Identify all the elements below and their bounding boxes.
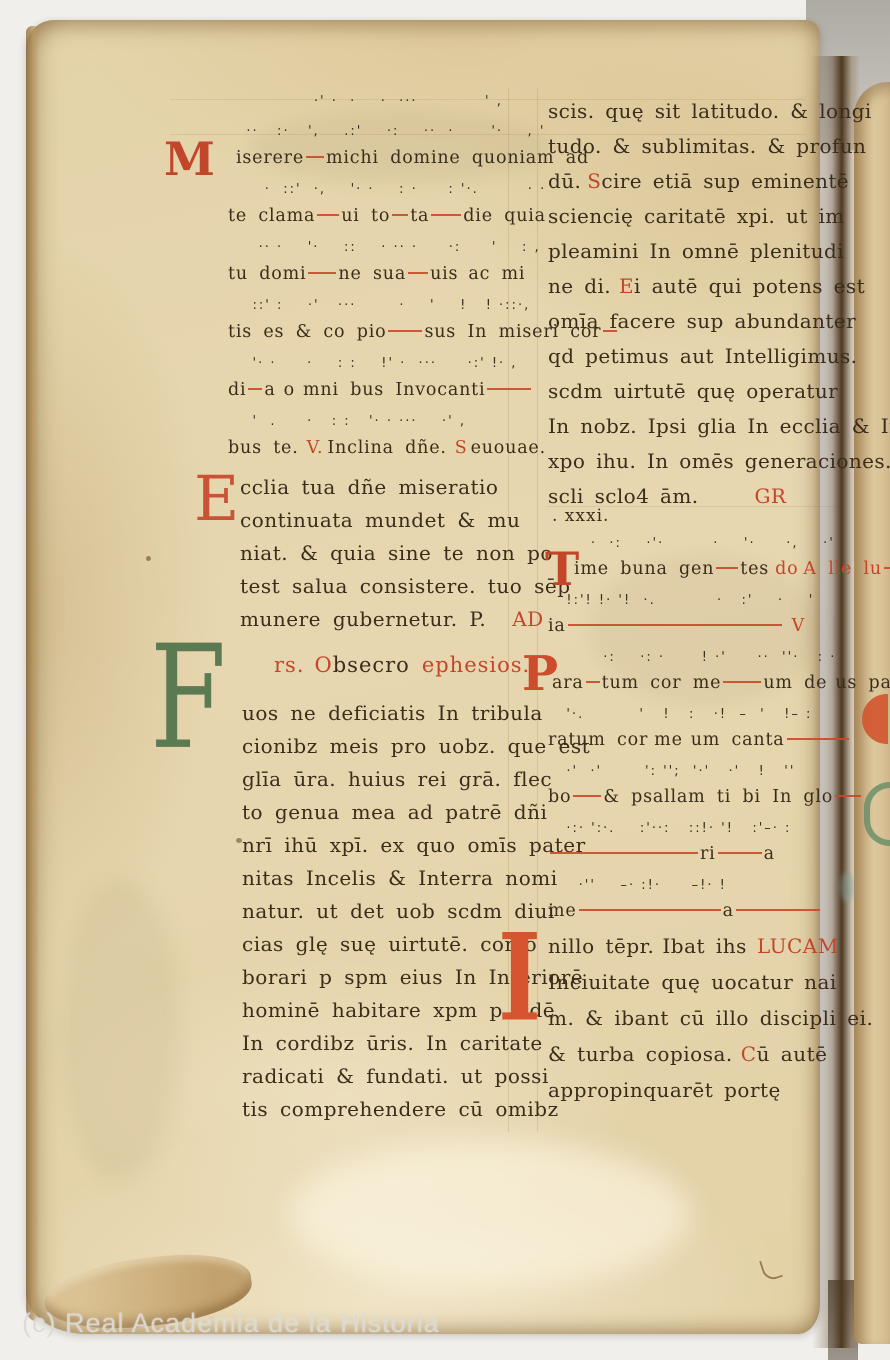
rubric-text: O [315, 653, 333, 677]
body-text: cclia tua dñe miseratio [240, 475, 498, 499]
rubric-text: C [741, 1042, 757, 1066]
red-extender-line [308, 272, 336, 275]
text-line: qd petimus aut Intelligimus. [548, 341, 878, 376]
body-text: scis. quę sit latitudo. & longi [548, 99, 872, 123]
red-extender-line [306, 156, 324, 159]
text-row: ne di.Ei autē qui potens est [548, 271, 878, 302]
page-left-edge [26, 26, 39, 1322]
initial-f-fratres: F [150, 626, 226, 769]
red-extender-line [248, 388, 262, 391]
red-extender-line [392, 214, 408, 217]
red-extender-line [431, 214, 461, 217]
body-text: euouae. [471, 438, 546, 458]
body-text: iserere [236, 148, 304, 168]
text-row: cclia tua dñe miseratio [240, 472, 552, 502]
text-line: tis comprehendere cū omibz [242, 1094, 554, 1127]
body-text: die quia [463, 206, 546, 226]
text-row: scdm uirtutē quę operatur [548, 376, 878, 407]
body-text: glīa ūra. huius rei grā. flec [242, 767, 552, 791]
body-text: uos ne deficiatis In tribula [242, 701, 543, 725]
red-extender-line [718, 852, 762, 855]
text-line: sciencię caritatē xpi. ut im [548, 201, 878, 236]
text-line: & turba copiosa.Cū autē [548, 1038, 878, 1074]
text-row: diaomni bus Invocanti [228, 378, 548, 404]
text-row: munere gubernetur. P.AD [240, 604, 552, 634]
red-extender-line [317, 214, 339, 217]
body-text: In nobz. Ipsi glia In ecclia & In [548, 414, 890, 438]
body-text: nillo tēpr. [548, 934, 654, 958]
text-line: cclia tua dñe miseratio [240, 472, 552, 505]
chant-line: ·· · '· :: · ·· · ·: ' : ,tu domine suau… [228, 232, 548, 290]
red-extender-line [736, 909, 820, 912]
body-text: bus te. [228, 438, 299, 458]
rubric-text: AD [512, 607, 543, 631]
rubric-text: rs. [274, 653, 305, 677]
rubric-text: GR [754, 484, 786, 508]
left-column-collect-prayer: cclia tua dñe miseratiocontinuata mundet… [240, 472, 552, 637]
red-extender-line [408, 272, 428, 275]
text-row: xpo ihu. In omēs generaciones. [548, 446, 878, 477]
text-row: bo& psallam ti bi In glo [548, 786, 882, 811]
neumes-row: ' . · : : '· · ··· ·' , [228, 406, 548, 436]
body-text: bsecro [333, 653, 410, 677]
text-row: radicati & fundati. ut possi [242, 1061, 554, 1091]
red-extender-line [586, 681, 600, 684]
body-text: um de [763, 673, 827, 693]
neumes-row: ·· :· ', .:' ·: ·· · '· , ' [228, 116, 548, 146]
text-line: test salua consistere. tuo sēp [240, 571, 552, 604]
body-text: pleamini In omnē plenitudi [548, 239, 844, 263]
body-text: tum cor me [602, 673, 722, 693]
chant-line: ::' : ·' ··· · ' ! ! ·::·,tis es & co pi… [228, 290, 548, 348]
neumes-row: ·' ·' ': ''; '·' ·' ! '' [548, 756, 882, 786]
right-column-gospel-text: nillo tēpr.Ibat ihsLUCAMInciuitate quę u… [548, 930, 878, 1110]
body-text: m. & ibant cū illo discipli ei. [548, 1006, 873, 1030]
text-line: nrī ihū xpī. ex quo omīs pater [242, 830, 554, 863]
text-row: test salua consistere. tuo sēp [240, 571, 552, 601]
body-text: ui to [341, 206, 390, 226]
red-extender-line [835, 795, 861, 798]
rubric-text: V. [307, 438, 324, 458]
initial-t-timebunt: T [545, 546, 579, 592]
body-text: o [284, 380, 295, 400]
body-text: sciencię caritatē xpi. ut im [548, 204, 845, 228]
body-text: tu domi [228, 264, 306, 284]
parchment-light-marbling [290, 1140, 690, 1290]
text-row: tis comprehendere cū omibz [242, 1094, 554, 1124]
body-text: cire etiā sup eminentē [601, 169, 849, 193]
body-text: di [228, 380, 246, 400]
text-row: tis es & co piosus In miseri cor [228, 320, 548, 346]
body-text: ta [410, 206, 429, 226]
body-text: Inciuitate quę uocatur nai [548, 970, 837, 994]
text-row: scis. quę sit latitudo. & longi [548, 96, 878, 127]
right-column-epistle-text: scis. quę sit latitudo. & longitudo. & s… [548, 96, 878, 516]
ink-spot [146, 556, 151, 561]
rubric-text: LUCAM [757, 934, 839, 958]
text-line: munere gubernetur. P.AD [240, 604, 552, 637]
body-text: & turba copiosa. [548, 1042, 733, 1066]
text-row: uos ne deficiatis In tribula [242, 698, 554, 728]
text-line: omīa facere sup abundanter [548, 306, 878, 341]
text-row: iaV [548, 615, 882, 640]
body-text: bo [548, 787, 571, 807]
body-text: i autē qui potens est [634, 274, 865, 298]
text-line: glīa ūra. huius rei grā. flec [242, 764, 554, 797]
text-row: sciencię caritatē xpi. ut im [548, 201, 878, 232]
watermark-credit: (c) Real Academia de la Historia [22, 1308, 440, 1339]
initial-p-paratum: P [522, 650, 558, 698]
body-text: cionibz meis pro uobz. que est [242, 734, 590, 758]
chant-line: ·: ·: · ! ·' ·· ''· : ·aratum cor meum d… [548, 642, 882, 699]
text-line: cionibz meis pro uobz. que est [242, 731, 554, 764]
body-text: ime buna gen [574, 559, 714, 579]
neumes-row: ·' · · · ··· ' , [228, 86, 548, 116]
neumes-row: ·:· ':·. :'··: ::!· '! :'–· : [548, 813, 882, 843]
chant-line: ·'' –· :!· –!· !mea [548, 870, 882, 927]
text-row: to genua mea ad patrē dñi [242, 797, 554, 827]
body-text: ac mi [468, 264, 525, 284]
red-extender-line [550, 852, 698, 855]
text-row: dū.Scire etiā sup eminentē [548, 166, 878, 197]
text-row: rs.Obsecroephesios. [240, 648, 552, 682]
body-text: tis comprehendere cū omibz [242, 1097, 559, 1121]
rubric-text: E [619, 274, 634, 298]
body-text: cias glę suę uirtutē. corro [242, 932, 537, 956]
body-text: to genua mea ad patrē dñi [242, 800, 547, 824]
body-text: us pa [835, 673, 890, 693]
text-line: uos ne deficiatis In tribula [242, 698, 554, 731]
text-line: In nobz. Ipsi glia In ecclia & In [548, 411, 878, 446]
neumes-row: '·. ' ! : ·! – ' !– : [548, 699, 882, 729]
text-row: aratum cor meum deus pa [548, 672, 882, 697]
body-text: test salua consistere. tuo sēp [240, 574, 571, 598]
red-extender-line [388, 330, 422, 333]
body-text: a [723, 901, 734, 921]
text-row: continuata mundet & mu [240, 505, 552, 535]
text-line: continuata mundet & mu [240, 505, 552, 538]
text-line: nillo tēpr.Ibat ihsLUCAM [548, 930, 878, 966]
text-row: cionibz meis pro uobz. que est [242, 731, 554, 761]
body-text: munere gubernetur. P. [240, 607, 486, 631]
body-text: mni bus Invocanti [303, 380, 485, 400]
text-line: scis. quę sit latitudo. & longi [548, 96, 878, 131]
body-text: xpo ihu. In omēs generaciones. [548, 449, 890, 473]
chant-line: '·. ' ! : ·! – ' !– :ratum cormeum canta [548, 699, 882, 756]
chant-line: ·:· ':·. :'··: ::!· '! :'–· :ria [548, 813, 882, 870]
chant-line: · ::' ·, '· · : · : '·. · ·te clamaui to… [228, 174, 548, 232]
text-row: isereremichi domine quoniam ad [228, 146, 548, 172]
body-text: scdm uirtutē quę operatur [548, 379, 838, 403]
body-text: & psallam ti bi In glo [603, 787, 833, 807]
text-line: pleamini In omnē plenitudi [548, 236, 878, 271]
chant-line: ·' ·' ': ''; '·' ·' ! ''bo& psallam ti b… [548, 756, 882, 813]
manuscript-photo: { "watermark": "(c) Real Academia de la … [0, 0, 890, 1360]
body-text: ia [548, 616, 566, 636]
body-text: me [548, 901, 577, 921]
chant-line: ·' · · · ··· ' , [228, 86, 548, 116]
body-text: te clama [228, 206, 315, 226]
text-line: scdm uirtutē quę operatur [548, 376, 878, 411]
body-text: niat. & quia sine te non po [240, 541, 553, 565]
neumes-row: !:'! !· '! ·. · :' · ' [548, 585, 882, 615]
body-text: uis [430, 264, 458, 284]
red-extender-line [573, 795, 601, 798]
body-text: me [654, 730, 683, 750]
text-line: to genua mea ad patrē dñi [242, 797, 554, 830]
text-row: m. & ibant cū illo discipli ei. [548, 1002, 878, 1034]
text-row: omīa facere sup abundanter [548, 306, 878, 337]
right-column-gradual-chant: · ·: ·'· · '· ·, ·'ime buna gentesdoA ll… [548, 528, 882, 927]
neumes-row: ·: ·: · ! ·' ·· ''· : · [548, 642, 882, 672]
rubric-text: A lle lu [803, 559, 882, 579]
epistle-heading: rs.Obsecroephesios. [240, 648, 552, 694]
body-text: a [764, 844, 775, 864]
red-extender-line [579, 909, 721, 912]
chant-line: '· · · : : !' · ··· ·:' !· ,diaomni bus … [228, 348, 548, 406]
initial-m-miserere: M [164, 136, 215, 182]
text-row: nitas Incelis & Interra nomi [242, 863, 554, 893]
body-text: dū. [548, 169, 581, 193]
body-text: um canta [691, 730, 785, 750]
neumes-row: · ·: ·'· · '· ·, ·' [548, 528, 882, 558]
text-row: niat. & quia sine te non po [240, 538, 552, 568]
text-row: Inciuitate quę uocatur nai [548, 966, 878, 998]
chant-line: · ·: ·'· · '· ·, ·'ime buna gentesdoA ll… [548, 528, 882, 585]
neumes-row: '· · · : : !' · ··· ·:' !· , [228, 348, 548, 378]
text-row: ratum cormeum canta [548, 729, 882, 754]
body-text: ne sua [338, 264, 406, 284]
body-text: omīa facere sup abundanter [548, 309, 856, 333]
text-row: tudo. & sublimitas. & profun [548, 131, 878, 162]
body-text: tudo. & sublimitas. & profun [548, 134, 866, 158]
left-column-chant-miserere: ·' · · · ··· ' , ·· :· ', .:' ·: ·· · '·… [228, 86, 548, 464]
initial-i-in-illo: I [498, 918, 541, 1038]
body-text: nitas Incelis & Interra nomi [242, 866, 558, 890]
text-line: appropinquarēt portę [548, 1074, 878, 1110]
body-text: nrī ihū xpī. ex quo omīs pater [242, 833, 586, 857]
text-row: glīa ūra. huius rei grā. flec [242, 764, 554, 794]
text-line: radicati & fundati. ut possi [242, 1061, 554, 1094]
body-text: Inclina dñe. [327, 438, 446, 458]
red-extender-line [884, 567, 890, 570]
body-text: radicati & fundati. ut possi [242, 1064, 549, 1088]
body-text: tes [740, 559, 769, 579]
neumes-row: ·'' –· :!· –!· ! [548, 870, 882, 900]
text-row: bus te.V.Inclina dñe.Seuouae. [228, 436, 548, 462]
text-line: ne di.Ei autē qui potens est [548, 271, 878, 306]
red-extender-line [568, 624, 782, 627]
text-line: m. & ibant cū illo discipli ei. [548, 1002, 878, 1038]
rubric-text: S [455, 438, 468, 458]
text-row: In nobz. Ipsi glia In ecclia & In [548, 411, 878, 442]
body-text: ri [700, 844, 716, 864]
body-text: continuata mundet & mu [240, 508, 520, 532]
text-line: niat. & quia sine te non po [240, 538, 552, 571]
red-extender-line [487, 388, 531, 391]
text-row: ria [548, 843, 882, 868]
red-extender-line [787, 738, 849, 741]
text-row: ime buna gentesdoA lle lu [548, 558, 882, 583]
rubric-text: V [792, 616, 805, 636]
body-text: ratum cor [548, 730, 648, 750]
chant-line: ·· :· ', .:' ·: ·· · '· , 'isereremichi … [228, 116, 548, 174]
body-text: Ibat ihs [662, 934, 747, 958]
initial-e-collect: E [194, 468, 239, 530]
rubric-text: do [775, 559, 798, 579]
text-row: appropinquarēt portę [548, 1074, 878, 1106]
red-extender-line [716, 567, 738, 570]
text-line: tudo. & sublimitas. & profun [548, 131, 878, 166]
red-extender-line [723, 681, 761, 684]
chant-line: ' . · : : '· · ··· ·' ,bus te.V.Inclina … [228, 406, 548, 464]
parchment-stain [60, 880, 180, 1180]
text-row: & turba copiosa.Cū autē [548, 1038, 878, 1070]
neumes-row: ·· · '· :: · ·· · ·: ' : , [228, 232, 548, 262]
text-row: nrī ihū xpī. ex quo omīs pater [242, 830, 554, 860]
text-row: te clamaui totadie quia [228, 204, 548, 230]
chant-line: !:'! !· '! ·. · :' · 'iaV [548, 585, 882, 642]
body-text: ū autē [757, 1042, 828, 1066]
text-row: qd petimus aut Intelligimus. [548, 341, 878, 372]
text-line: nitas Incelis & Interra nomi [242, 863, 554, 896]
body-text: scli sclo4 ām. [548, 484, 698, 508]
body-text: appropinquarēt portę [548, 1078, 781, 1102]
neumes-row: ::' : ·' ··· · ' ! ! ·::·, [228, 290, 548, 320]
body-text: tis es & co pio [228, 322, 386, 342]
rubric-text: S [587, 169, 601, 193]
body-text: ne di. [548, 274, 611, 298]
rubric-text: ephesios. [422, 653, 530, 677]
text-line: Inciuitate quę uocatur nai [548, 966, 878, 1002]
text-row: pleamini In omnē plenitudi [548, 236, 878, 267]
text-row: tu domine suauisac mi [228, 262, 548, 288]
chapter-number: . xxxi. [552, 506, 609, 526]
text-row: mea [548, 900, 882, 925]
text-line: xpo ihu. In omēs generaciones. [548, 446, 878, 481]
body-text: a [264, 380, 275, 400]
text-line: rs.Obsecroephesios. [240, 648, 552, 694]
neumes-row: · ::' ·, '· · : · : '·. · · [228, 174, 548, 204]
body-text: qd petimus aut Intelligimus. [548, 344, 857, 368]
text-line: dū.Scire etiā sup eminentē [548, 166, 878, 201]
text-row: nillo tēpr.Ibat ihsLUCAM [548, 930, 878, 962]
